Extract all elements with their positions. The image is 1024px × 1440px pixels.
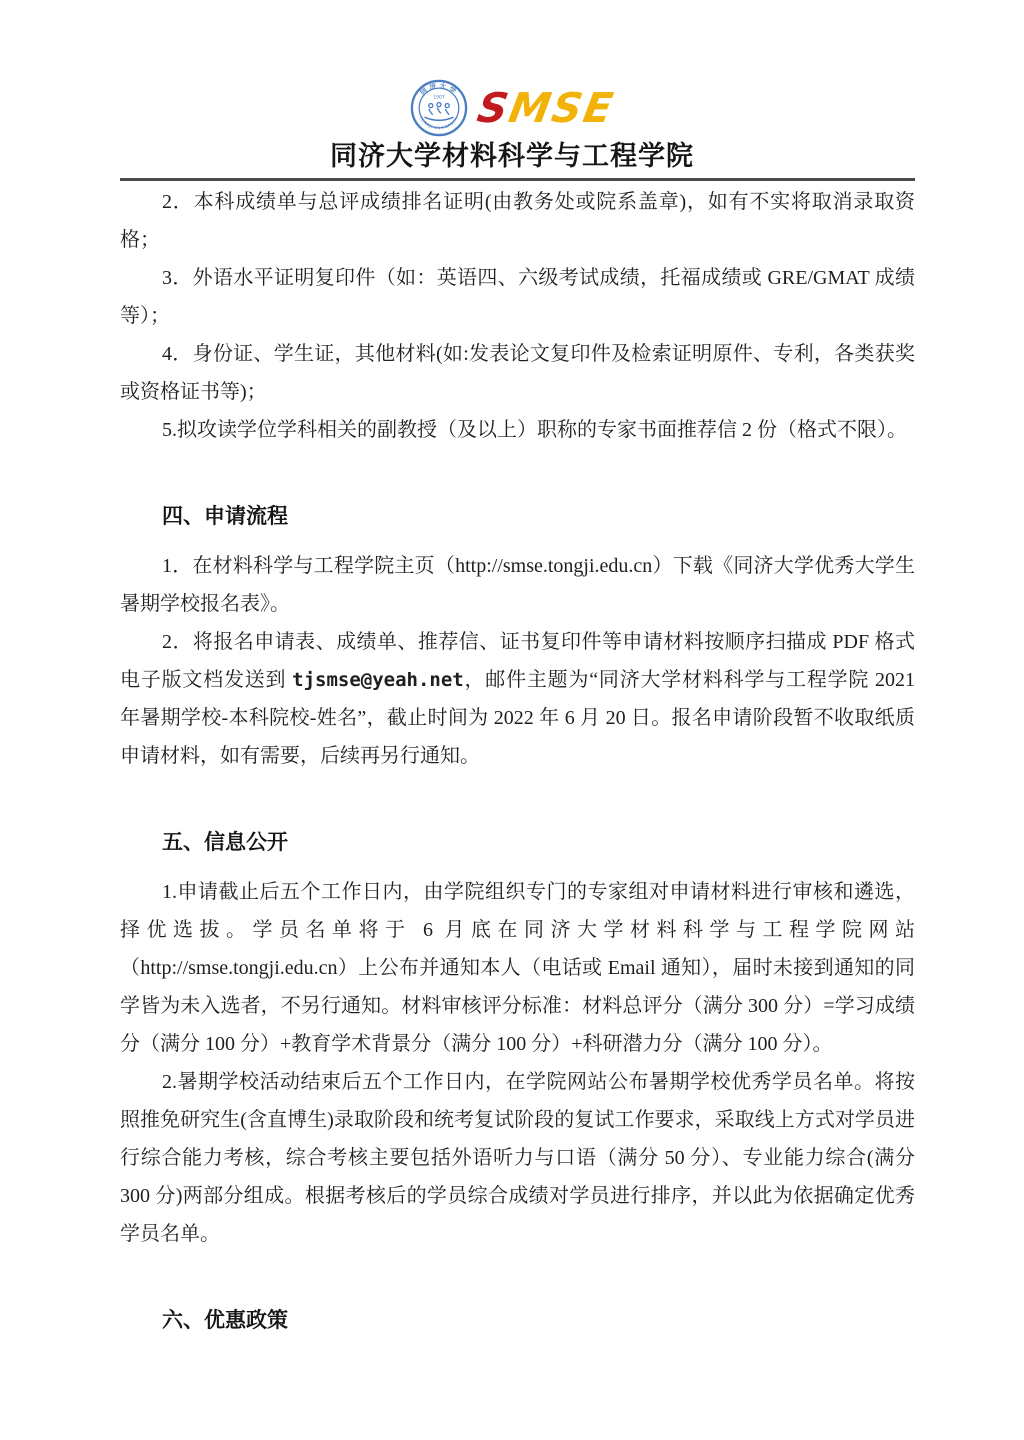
email-address: tjsmse@yeah.net	[292, 669, 464, 691]
disclosure-item-2: 2.暑期学校活动结束后五个工作日内，在学院网站公布暑期学校优秀学员名单。将按照推…	[120, 1063, 915, 1253]
materials-item-4: 4．身份证、学生证，其他材料(如:发表论文复印件及检索证明原件、专利，各类获奖或…	[120, 335, 915, 411]
document-body: 2．本科成绩单与总评成绩排名证明(由教务处或院系盖章)，如有不实将取消录取资格；…	[0, 181, 1024, 1335]
materials-item-5: 5.拟攻读学位学科相关的副教授（及以上）职称的专家书面推荐信 2 份（格式不限）…	[120, 411, 915, 449]
disclosure-item-1: 1.申请截止后五个工作日内，由学院组织专门的专家组对申请材料进行审核和遴选，择优…	[120, 873, 915, 1063]
application-step-2: 2．将报名申请表、成绩单、推荐信、证书复印件等申请材料按顺序扫描成 PDF 格式…	[120, 623, 915, 775]
section-title-application-process: 四、申请流程	[120, 501, 915, 531]
school-name-title: 同济大学材料科学与工程学院	[0, 142, 1024, 172]
materials-item-2: 2．本科成绩单与总评成绩排名证明(由教务处或院系盖章)，如有不实将取消录取资格；	[120, 183, 915, 259]
application-step-1: 1．在材料科学与工程学院主页（http://smse.tongji.edu.cn…	[120, 547, 915, 623]
section-title-information-disclosure: 五、信息公开	[120, 827, 915, 857]
wordmark-letters-mse: MSE	[505, 84, 618, 132]
document-page: 同济大学 1907 TONGJI UNIVERSITY SMSE	[0, 0, 1024, 1440]
smse-wordmark: SMSE	[474, 88, 617, 129]
logo: 同济大学 1907 TONGJI UNIVERSITY SMSE	[0, 79, 1024, 137]
materials-item-3: 3．外语水平证明复印件（如：英语四、六级考试成绩，托福成绩或 GRE/GMAT …	[120, 259, 915, 335]
seal-year-text: 1907	[433, 94, 444, 100]
tongji-seal-icon: 同济大学 1907 TONGJI UNIVERSITY	[410, 79, 468, 137]
document-header: 同济大学 1907 TONGJI UNIVERSITY SMSE	[0, 0, 1024, 181]
section-title-preferential-policy: 六、优惠政策	[120, 1305, 915, 1335]
